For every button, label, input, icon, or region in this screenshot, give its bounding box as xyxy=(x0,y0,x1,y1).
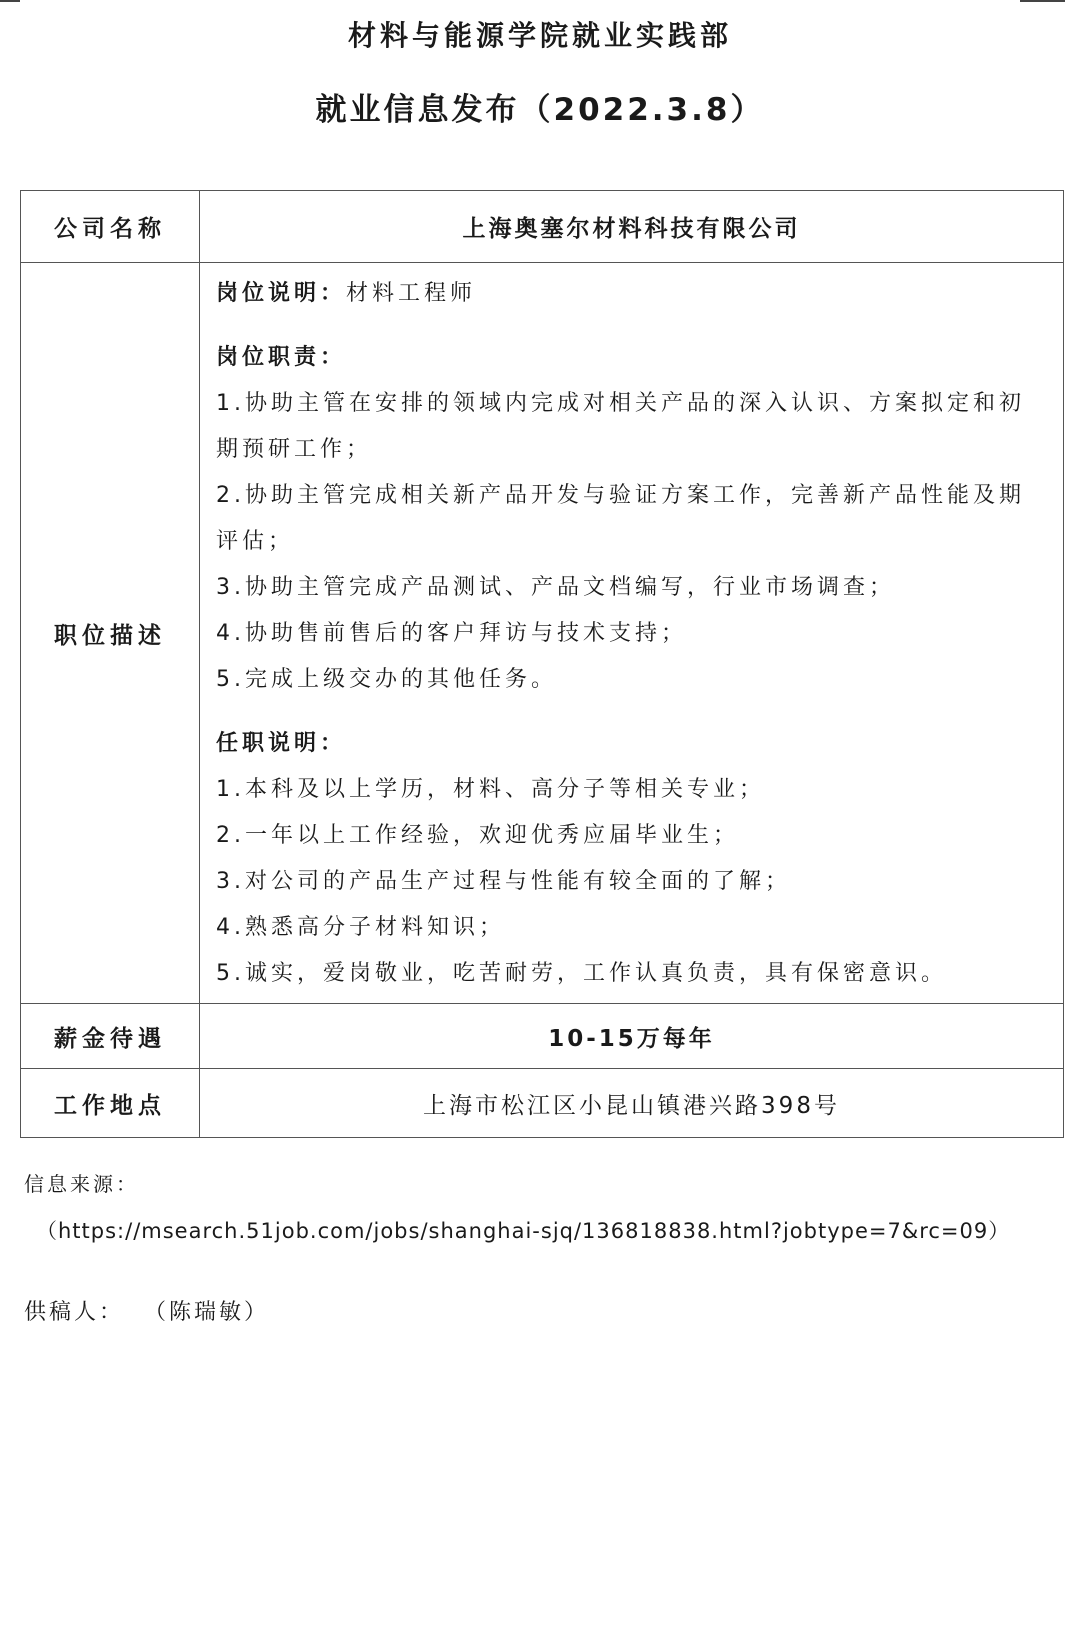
position-heading: 岗位说明： xyxy=(216,281,346,306)
salary-row: 薪金待遇 10-15万每年 xyxy=(21,1004,1064,1069)
document-title: 材料与能源学院就业实践部 xyxy=(0,14,1080,54)
location-value: 上海市松江区小昆山镇港兴路398号 xyxy=(200,1069,1064,1138)
job-info-table: 公司名称 上海奥塞尔材料科技有限公司 职位描述 岗位说明：材料工程师 岗位职责：… xyxy=(20,190,1064,1138)
spacer xyxy=(216,703,1047,721)
requirement-item: 1.本科及以上学历，材料、高分子等相关专业； xyxy=(216,767,1047,813)
salary-label: 薪金待遇 xyxy=(21,1004,200,1069)
page-corner-mark-right xyxy=(1020,0,1065,2)
source-url-link[interactable]: （https://msearch.51job.com/jobs/shanghai… xyxy=(36,1215,1010,1245)
location-row: 工作地点 上海市松江区小昆山镇港兴路398号 xyxy=(21,1069,1064,1138)
company-name: 上海奥塞尔材料科技有限公司 xyxy=(200,191,1064,263)
description-content: 岗位说明：材料工程师 岗位职责： 1.协助主管在安排的领域内完成对相关产品的深入… xyxy=(200,263,1064,1004)
company-label: 公司名称 xyxy=(21,191,200,263)
duty-item: 4.协助售前售后的客户拜访与技术支持； xyxy=(216,611,1047,657)
company-row: 公司名称 上海奥塞尔材料科技有限公司 xyxy=(21,191,1064,263)
author-line: 供稿人： （陈瑞敏） xyxy=(24,1295,269,1326)
salary-value: 10-15万每年 xyxy=(200,1004,1064,1069)
description-label: 职位描述 xyxy=(21,263,200,1004)
duty-item: 1.协助主管在安排的领域内完成对相关产品的深入认识、方案拟定和初期预研工作； xyxy=(216,381,1047,473)
duty-item: 2.协助主管完成相关新产品开发与验证方案工作，完善新产品性能及期评估； xyxy=(216,473,1047,565)
position-value: 材料工程师 xyxy=(346,281,476,306)
duties-heading: 岗位职责： xyxy=(216,335,1047,381)
duty-item: 3.协助主管完成产品测试、产品文档编写，行业市场调查； xyxy=(216,565,1047,611)
author-label: 供稿人： xyxy=(24,1300,124,1325)
source-label: 信息来源： xyxy=(24,1168,139,1197)
page-corner-mark-left xyxy=(0,0,20,2)
author-name: （陈瑞敏） xyxy=(144,1300,269,1325)
duty-item: 5.完成上级交办的其他任务。 xyxy=(216,657,1047,703)
location-label: 工作地点 xyxy=(21,1069,200,1138)
requirement-item: 4.熟悉高分子材料知识； xyxy=(216,905,1047,951)
requirements-heading: 任职说明： xyxy=(216,721,1047,767)
position-line: 岗位说明：材料工程师 xyxy=(216,271,1047,317)
requirement-item: 5.诚实，爱岗敬业，吃苦耐劳，工作认真负责，具有保密意识。 xyxy=(216,951,1047,997)
requirement-item: 3.对公司的产品生产过程与性能有较全面的了解； xyxy=(216,859,1047,905)
document-subtitle: 就业信息发布（2022.3.8） xyxy=(0,84,1080,129)
description-row: 职位描述 岗位说明：材料工程师 岗位职责： 1.协助主管在安排的领域内完成对相关… xyxy=(21,263,1064,1004)
requirement-item: 2.一年以上工作经验，欢迎优秀应届毕业生； xyxy=(216,813,1047,859)
spacer xyxy=(216,317,1047,335)
